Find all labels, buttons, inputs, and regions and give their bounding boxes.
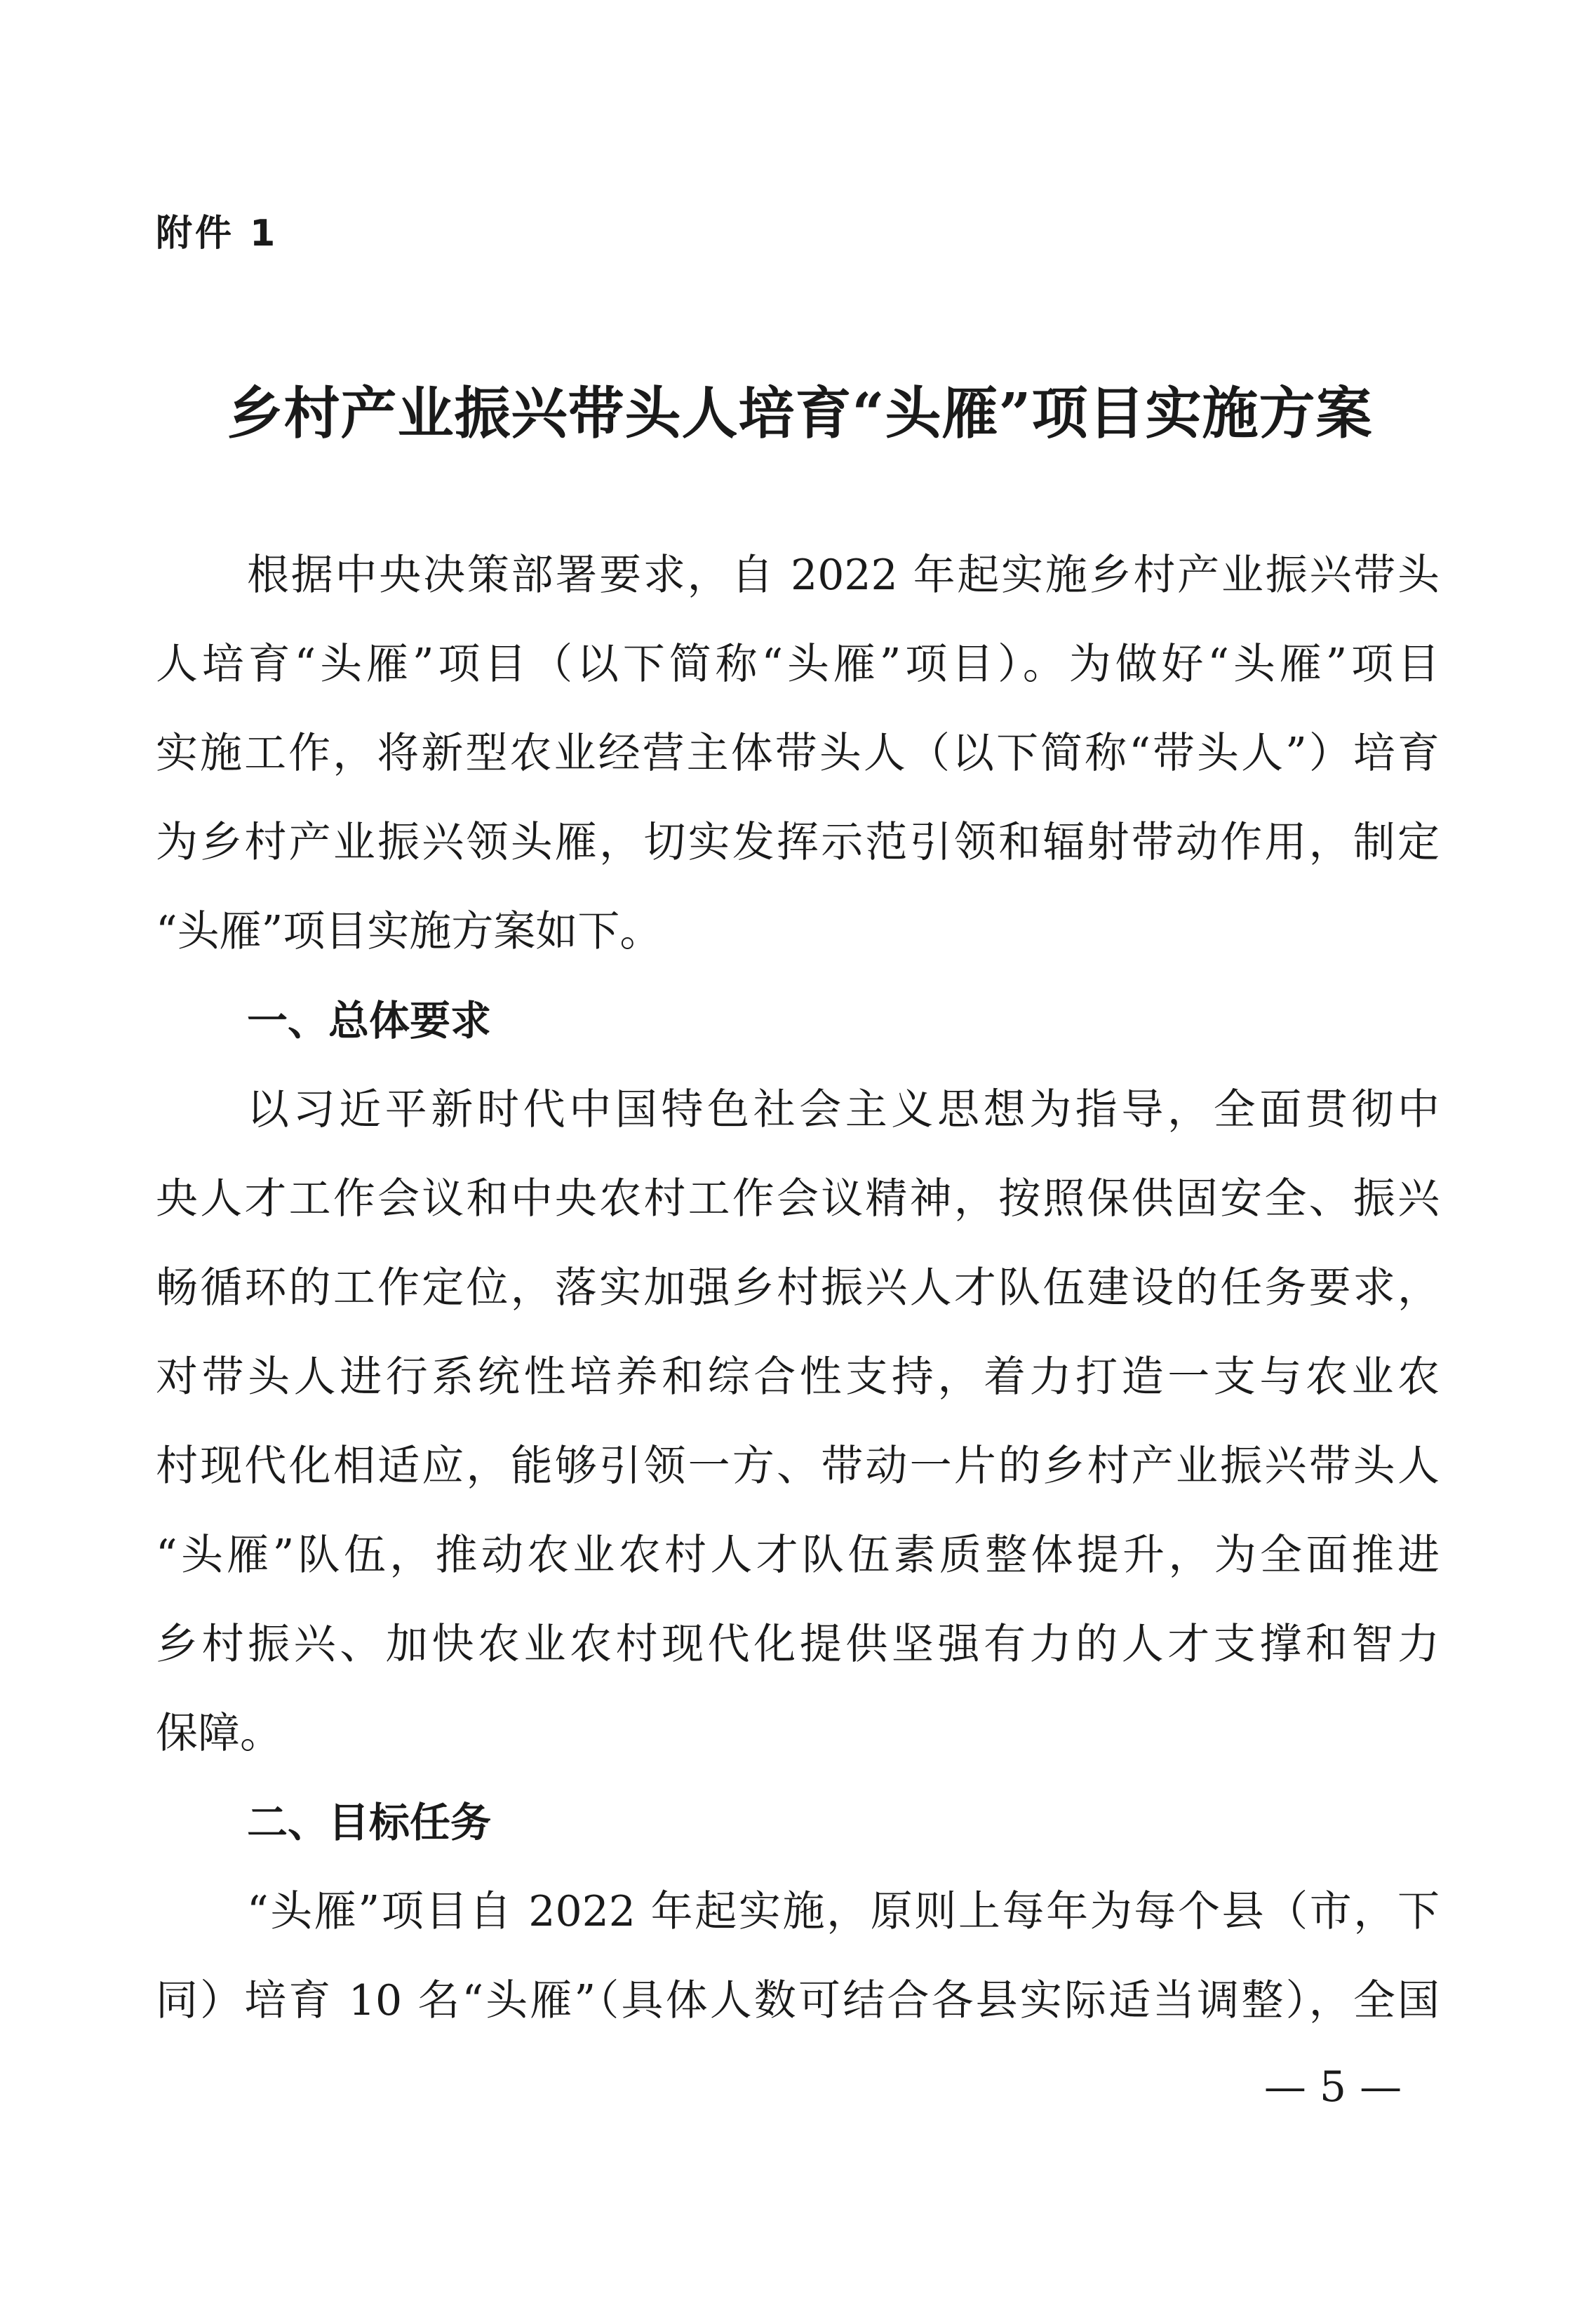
body-line: 同）培育 10 名“头雁”（具体人数可结合各县实际适当调整），全国 [156,1969,1440,2032]
body-line: 央人才工作会议和中央农村工作会议精神，按照保供固安全、振兴 [156,1167,1440,1230]
body-line: 村现代化相适应，能够引领一方、带动一片的乡村产业振兴带头人 [156,1435,1440,1498]
body-line: 乡村振兴、加快农业农村现代化提供坚强有力的人才支撑和智力 [156,1613,1440,1676]
body-line: 保障。 [156,1702,1440,1765]
document-title: 乡村产业振兴带头人培育“头雁”项目实施方案 [175,368,1424,449]
body-line: 畅循环的工作定位，落实加强乡村振兴人才队伍建设的任务要求， [156,1256,1440,1320]
body-line: “头雁”队伍，推动农业农村人才队伍素质整体提升，为全面推进 [156,1524,1440,1587]
section-heading: 二、目标任务 [247,1791,491,1854]
body-line: 以习近平新时代中国特色社会主义思想为指导，全面贯彻中 [247,1078,1440,1141]
body-line: “头雁”项目自 2022 年起实施，原则上每年为每个县（市，下 [247,1880,1440,1943]
section-heading: 一、总体要求 [247,989,491,1052]
body-line: 对带头人进行系统性培养和综合性支持，着力打造一支与农业农 [156,1346,1440,1409]
body-line: “头雁”项目实施方案如下。 [156,900,1440,963]
body-line: 为乡村产业振兴领头雁，切实发挥示范引领和辐射带动作用，制定 [156,811,1440,874]
body-line: 实施工作，将新型农业经营主体带头人（以下简称“带头人”）培育 [156,722,1440,785]
page-number: — 5 — [1263,2055,1403,2119]
body-line: 根据中央决策部署要求，自 2022 年起实施乡村产业振兴带头 [247,544,1440,607]
body-line: 人培育“头雁”项目（以下简称“头雁”项目）。为做好“头雁”项目 [156,633,1440,696]
attachment-label: 附件 1 [156,203,278,256]
